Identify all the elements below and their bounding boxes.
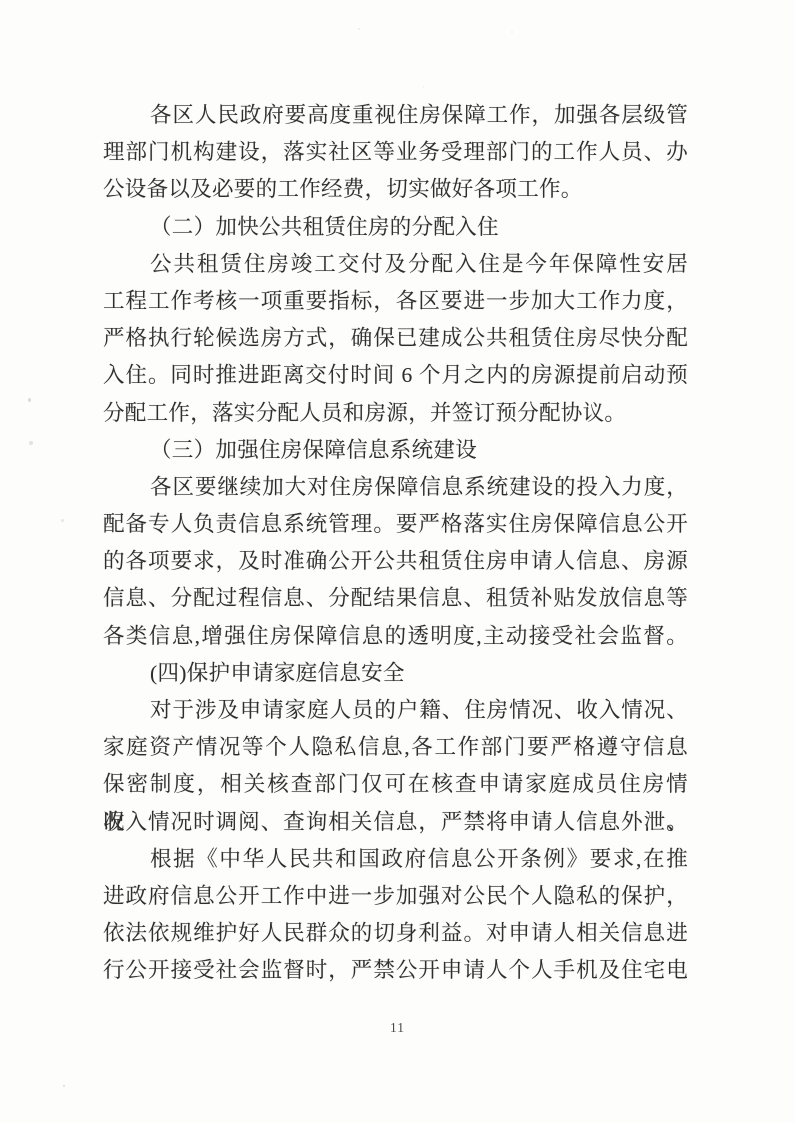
document-line: 严格执行轮候选房方式，确保已建成公共租赁住房尽快分配 [103,320,688,357]
section-heading: （三）加强住房保障信息系统建设 [103,432,688,469]
document-line: 收入情况时调阅、查询相关信息，严禁将申请人信息外泄。 [103,804,688,841]
document-line: 工程工作考核一项重要指标，各区要进一步加大工作力度， [103,283,688,320]
document-line: 配备专人负责信息系统管理。要严格落实住房保障信息公开 [103,506,688,543]
document-line: 公共租赁住房竣工交付及分配入住是今年保障性安居 [103,246,688,283]
section-heading: （二）加快公共租赁住房的分配入住 [103,209,688,246]
document-line: 各区人民政府要高度重视住房保障工作，加强各层级管 [103,97,688,134]
scan-speck [423,86,424,88]
document-line: 入住。同时推进距离交付时间 6 个月之内的房源提前启动预 [103,357,688,394]
document-line: 信息、分配过程信息、分配结果信息、租赁补贴发放信息等 [103,580,688,617]
document-line: 理部门机构建设，落实社区等业务受理部门的工作人员、办 [103,134,688,171]
page-number: 11 [0,1020,795,1036]
document-line: 分配工作，落实分配人员和房源，并签订预分配协议。 [103,395,688,432]
scan-speck [358,28,360,30]
document-page: 各区人民政府要高度重视住房保障工作，加强各层级管理部门机构建设，落实社区等业务受… [0,0,795,1123]
document-line: 对于涉及申请家庭人员的户籍、住房情况、收入情况、 [103,692,688,729]
scan-speck [61,519,64,522]
document-line: 进政府信息公开工作中进一步加强对公民个人隐私的保护， [103,878,688,915]
document-line: 行公开接受社会监督时，严禁公开申请人个人手机及住宅电 [103,952,688,989]
scan-speck [28,398,31,402]
document-line: 的各项要求，及时准确公开公共租赁住房申请人信息、房源 [103,543,688,580]
document-body: 各区人民政府要高度重视住房保障工作，加强各层级管理部门机构建设，落实社区等业务受… [103,97,688,990]
document-line: 各区要继续加大对住房保障信息系统建设的投入力度， [103,469,688,506]
scan-speck [511,31,513,33]
document-line: 根据《中华人民共和国政府信息公开条例》要求,在推 [103,841,688,878]
document-line: 公设备以及必要的工作经费，切实做好各项工作。 [103,171,688,208]
document-line: 依法依规维护好人民群众的切身利益。对申请人相关信息进 [103,915,688,952]
document-line: 各类信息,增强住房保障信息的透明度,主动接受社会监督。 [103,618,688,655]
document-line: 保密制度，相关核查部门仅可在核查申请家庭成员住房情况、 [103,766,688,803]
section-heading: (四)保护申请家庭信息安全 [103,655,688,692]
scan-speck [63,1085,65,1087]
scan-speck [29,441,33,445]
document-line: 家庭资产情况等个人隐私信息,各工作部门要严格遵守信息 [103,729,688,766]
